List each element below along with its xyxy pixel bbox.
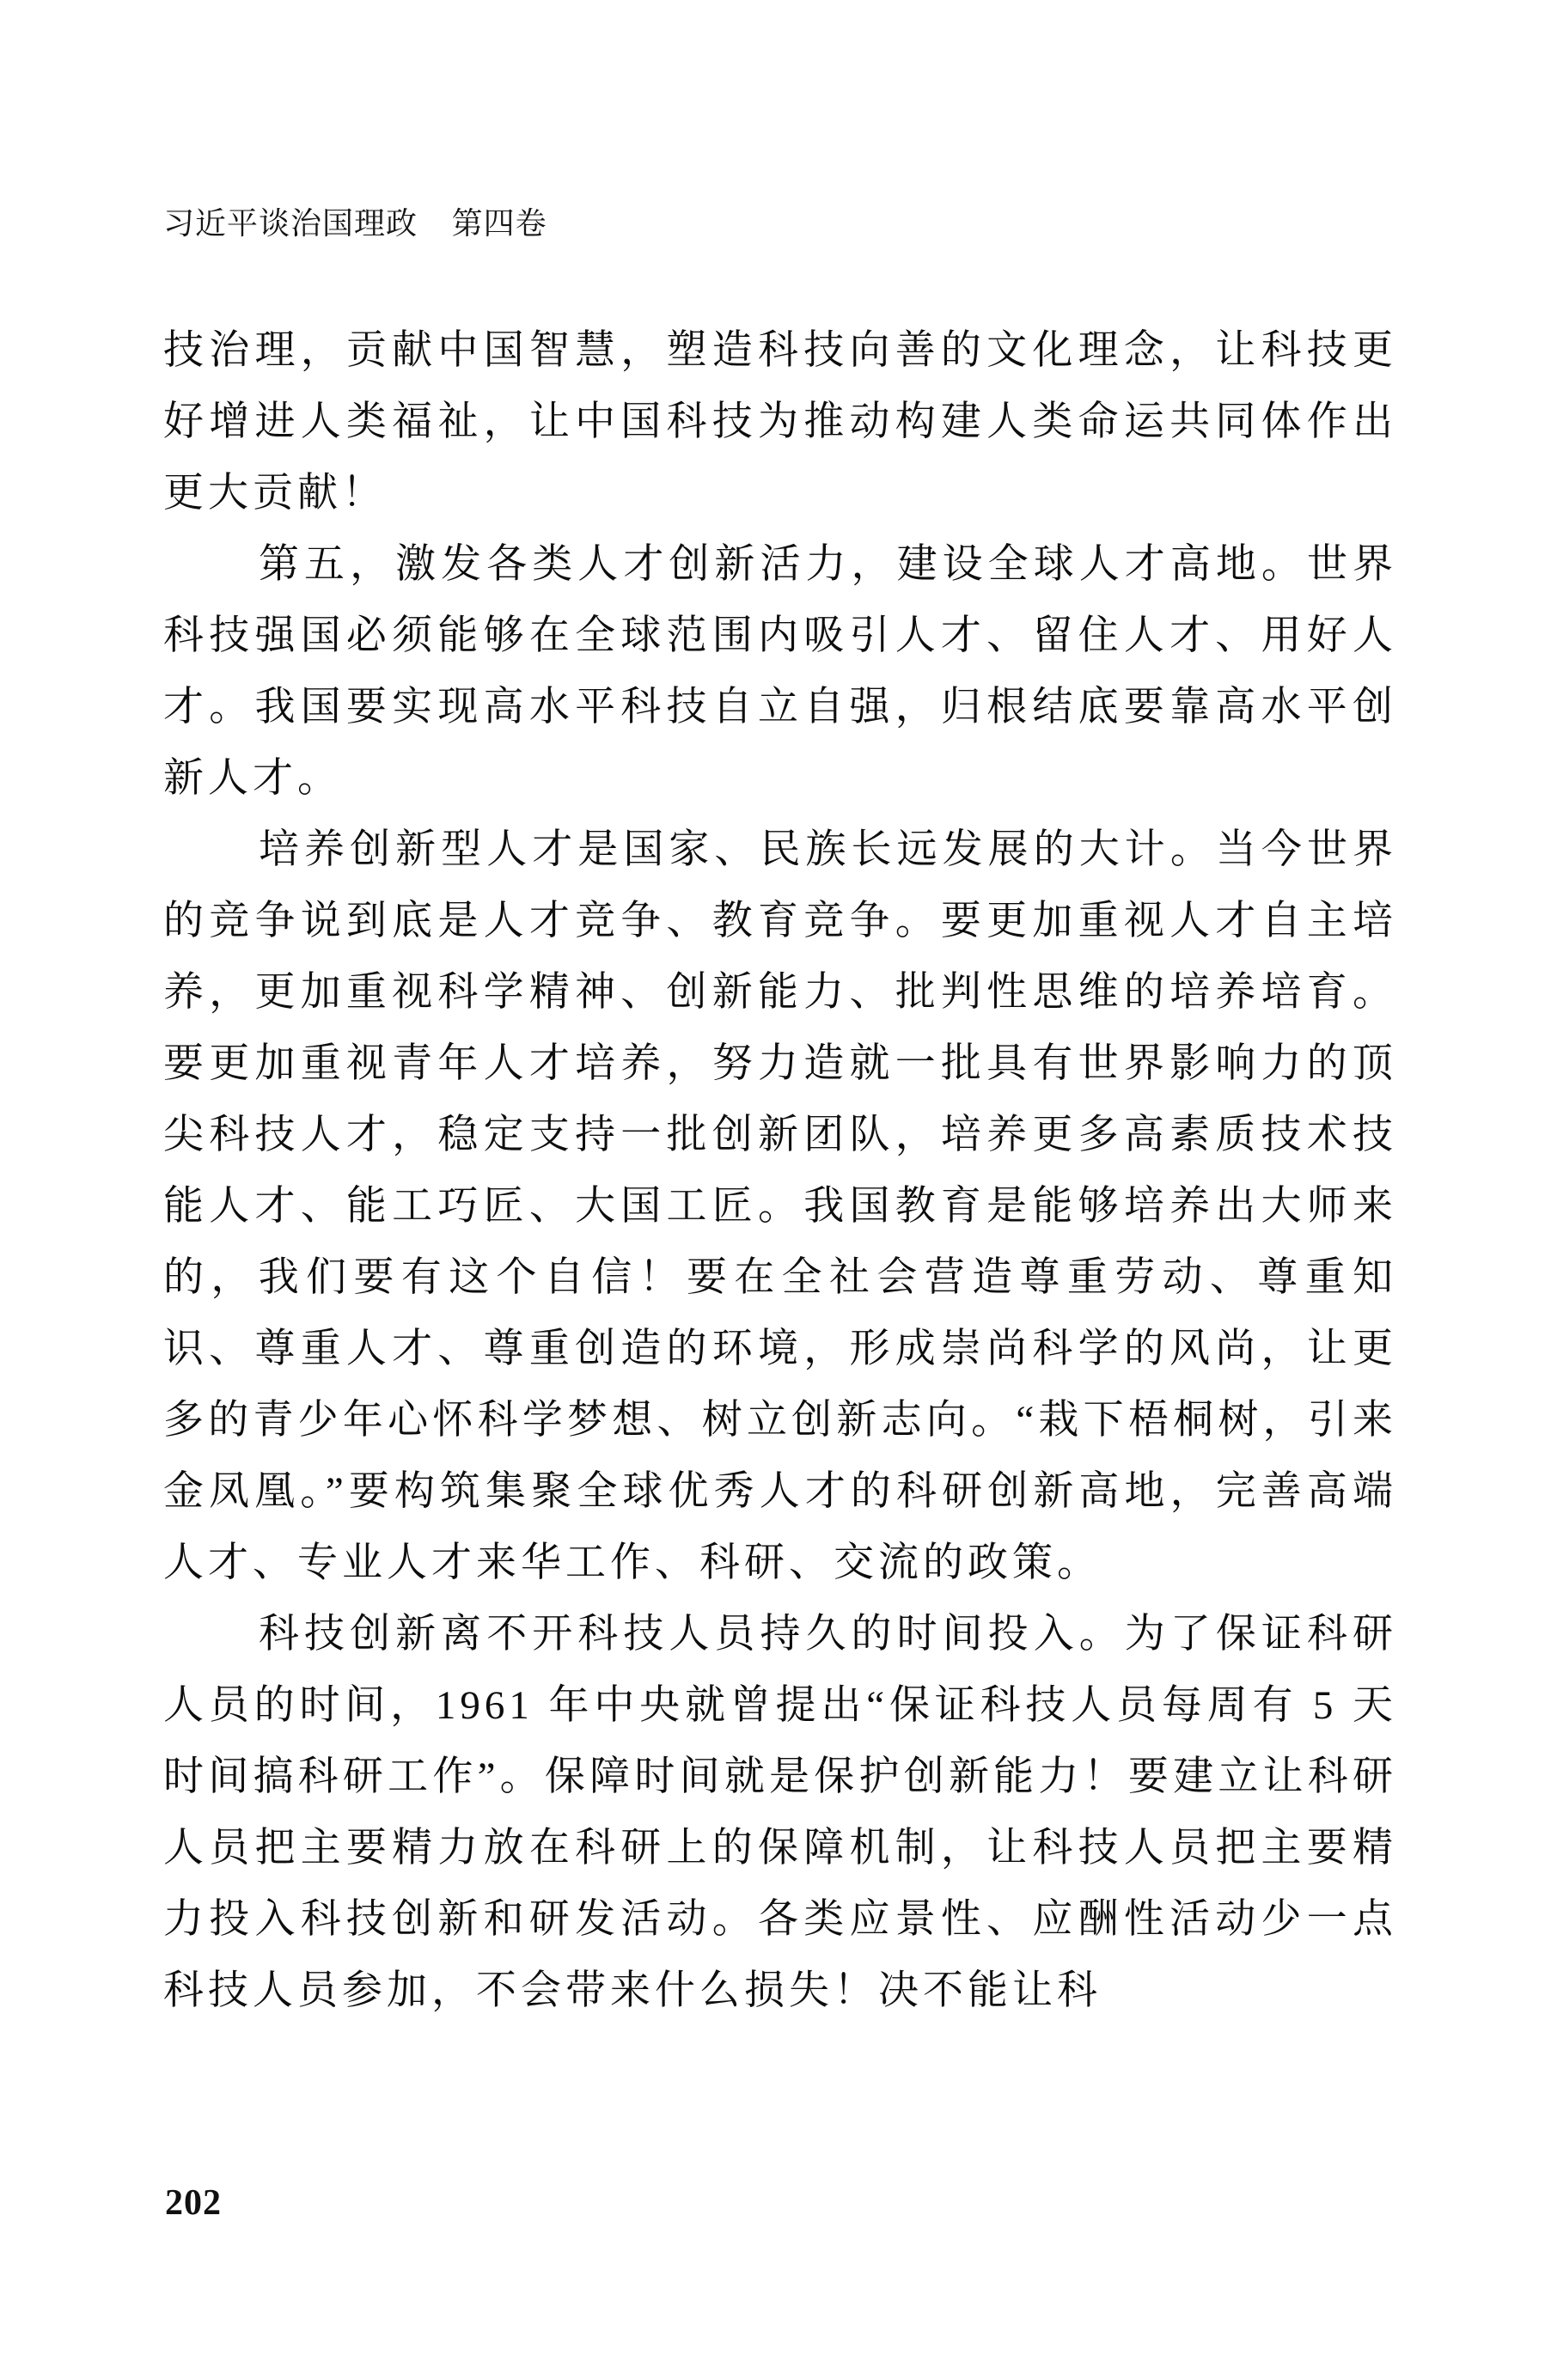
paragraph-talent-cultivation: 培养创新型人才是国家、民族长远发展的大计。当今世界的竞争说到底是人才竞争、教育竞… (163, 815, 1397, 1599)
page-number: 202 (165, 2182, 222, 2224)
paragraph-research-time: 科技创新离不开科技人员持久的时间投入。为了保证科研人员的时间，1961 年中央就… (163, 1599, 1397, 2027)
book-title: 习近平谈治国理政 (163, 206, 418, 241)
volume-label: 第四卷 (452, 206, 547, 241)
running-header: 习近平谈治国理政第四卷 (163, 204, 547, 242)
paragraph-continuation: 技治理，贡献中国智慧，塑造科技向善的文化理念，让科技更好增进人类福祉，让中国科技… (163, 315, 1397, 529)
body-text: 技治理，贡献中国智慧，塑造科技向善的文化理念，让科技更好增进人类福祉，让中国科技… (163, 315, 1397, 2027)
book-page: 习近平谈治国理政第四卷 技治理，贡献中国智慧，塑造科技向善的文化理念，让科技更好… (0, 0, 1545, 2380)
paragraph-point-five: 第五，激发各类人才创新活力，建设全球人才高地。世界科技强国必须能够在全球范围内吸… (163, 529, 1397, 815)
